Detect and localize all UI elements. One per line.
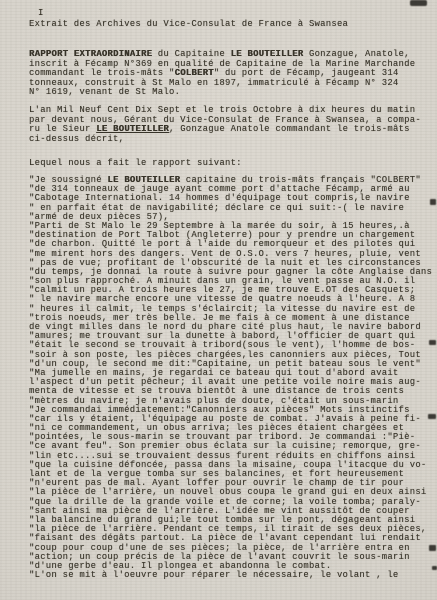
scan-artifact — [428, 414, 436, 419]
text-line: "L'on se mit à l'oeuvre pour réparer le … — [29, 571, 432, 580]
text-line: ci-dessus décrit, — [29, 135, 421, 145]
document-title: Extrait des Archives du Vice-Consulat de… — [29, 19, 348, 29]
scan-artifact — [429, 340, 436, 345]
scan-artifact — [410, 0, 427, 6]
report-intro-line: Lequel nous a fait le rapport suivant: — [29, 158, 242, 168]
page-numeral: I — [38, 8, 44, 18]
scan-artifact — [429, 545, 436, 551]
text-line: N° 1619, venant de St Malo. — [29, 88, 415, 98]
scan-artifact — [430, 199, 436, 205]
report-body-paragraph: "Je soussigné LE BOUTEILLER capitaine du… — [29, 176, 432, 580]
scanned-document-page: I Extrait des Archives du Vice-Consulat … — [0, 0, 437, 600]
comparution-paragraph: L'an Mil Neuf Cent Dix Sept et le trois … — [29, 106, 421, 144]
report-heading-paragraph: RAPPORT EXTRAORDINAIRE du Capitaine LE B… — [29, 50, 415, 98]
scan-artifact — [432, 566, 437, 570]
